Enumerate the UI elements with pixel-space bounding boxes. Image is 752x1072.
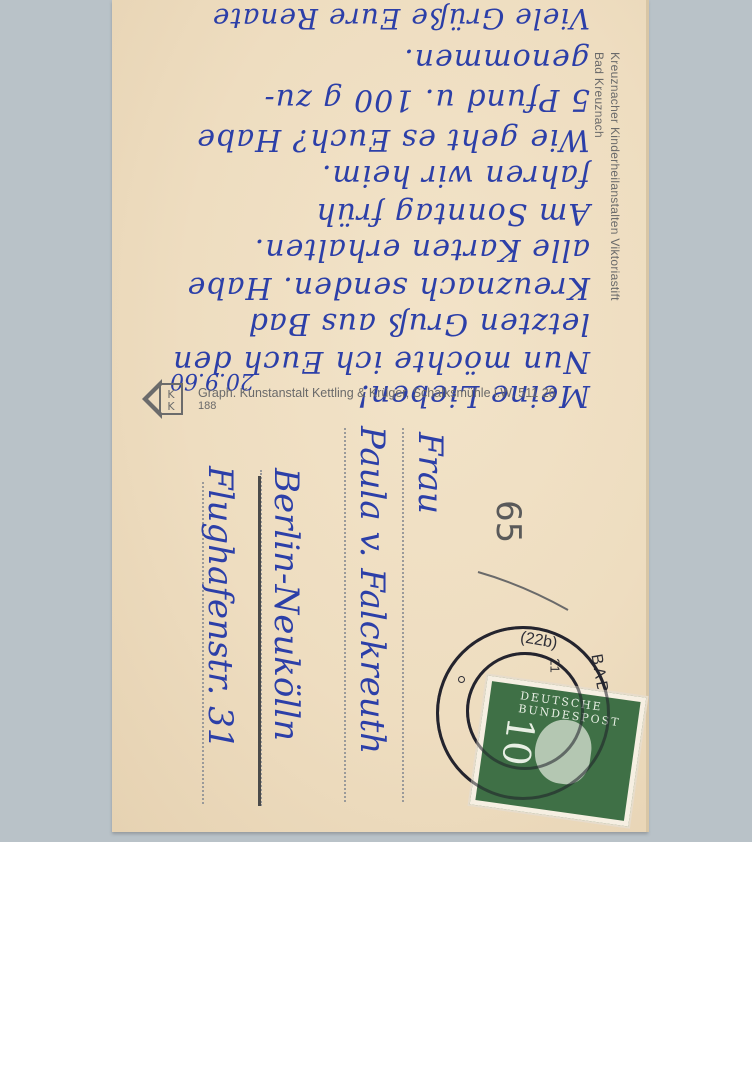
publisher-imprint-line2: Bad Kreuznach — [592, 52, 606, 138]
message-line: genommen. — [230, 42, 590, 77]
pencil-note: 65 — [488, 500, 528, 543]
address-street: Flughafenstr. 31 — [200, 466, 240, 749]
city-underline — [258, 476, 261, 806]
message-line: Am Sonntag früh — [190, 196, 590, 231]
postcard-edge — [646, 0, 649, 832]
printer-imprint: Graph. Kunstanstalt Kettling & Krüger, S… — [198, 386, 556, 400]
address-line-rule — [344, 428, 346, 802]
address-city: Berlin-Neukölln — [266, 468, 306, 741]
svg-text:K: K — [167, 400, 175, 413]
message-line: fahren wir heim. — [200, 158, 590, 193]
printer-logo-icon: K K — [140, 376, 186, 422]
message-line: Wie geht es Euch? Habe — [120, 122, 590, 157]
pencil-stroke-icon — [476, 560, 576, 616]
message-line: letzten Gruß aus Bad — [150, 306, 590, 341]
publisher-imprint-line1: Kreuznacher Kinderheilanstalten Viktoria… — [608, 52, 622, 301]
address-name: Paula v. Falckreuth — [352, 426, 392, 754]
printer-number: 188 — [198, 400, 216, 412]
message-line: Viele Grüße Eure Renate — [120, 2, 590, 35]
message-line: Kreuznach senden. Habe — [112, 270, 590, 305]
address-salutation: Frau — [410, 432, 450, 514]
postmark-overlay-ring — [466, 652, 584, 770]
address-line-rule — [402, 428, 404, 802]
message-line: alle Karten erhalten. — [160, 232, 590, 267]
message-line: 5 Pfund u. 100 g zu- — [150, 82, 590, 117]
